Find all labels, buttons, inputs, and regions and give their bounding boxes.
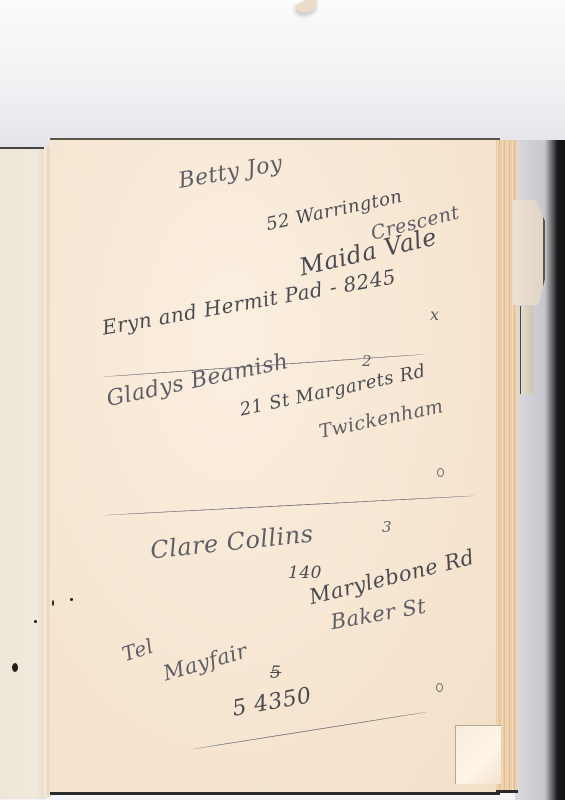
- background-surface: [0, 0, 565, 148]
- ink-speck: [34, 620, 37, 623]
- circle-mark: [437, 468, 444, 477]
- address-line-1: 140: [288, 563, 322, 583]
- folded-corner: [455, 725, 501, 784]
- entry-index: 3: [382, 518, 392, 536]
- crossed-out-digit: 5: [270, 663, 281, 683]
- index-tab: [513, 200, 545, 305]
- ink-speck: [52, 600, 54, 606]
- x-mark: x: [430, 305, 440, 324]
- circle-mark: [436, 683, 443, 692]
- entry-index: 2: [362, 352, 372, 370]
- left-facing-page: [0, 147, 46, 799]
- ink-speck: [70, 598, 73, 601]
- pencil-loop: [520, 306, 533, 394]
- ink-speck: [12, 663, 18, 672]
